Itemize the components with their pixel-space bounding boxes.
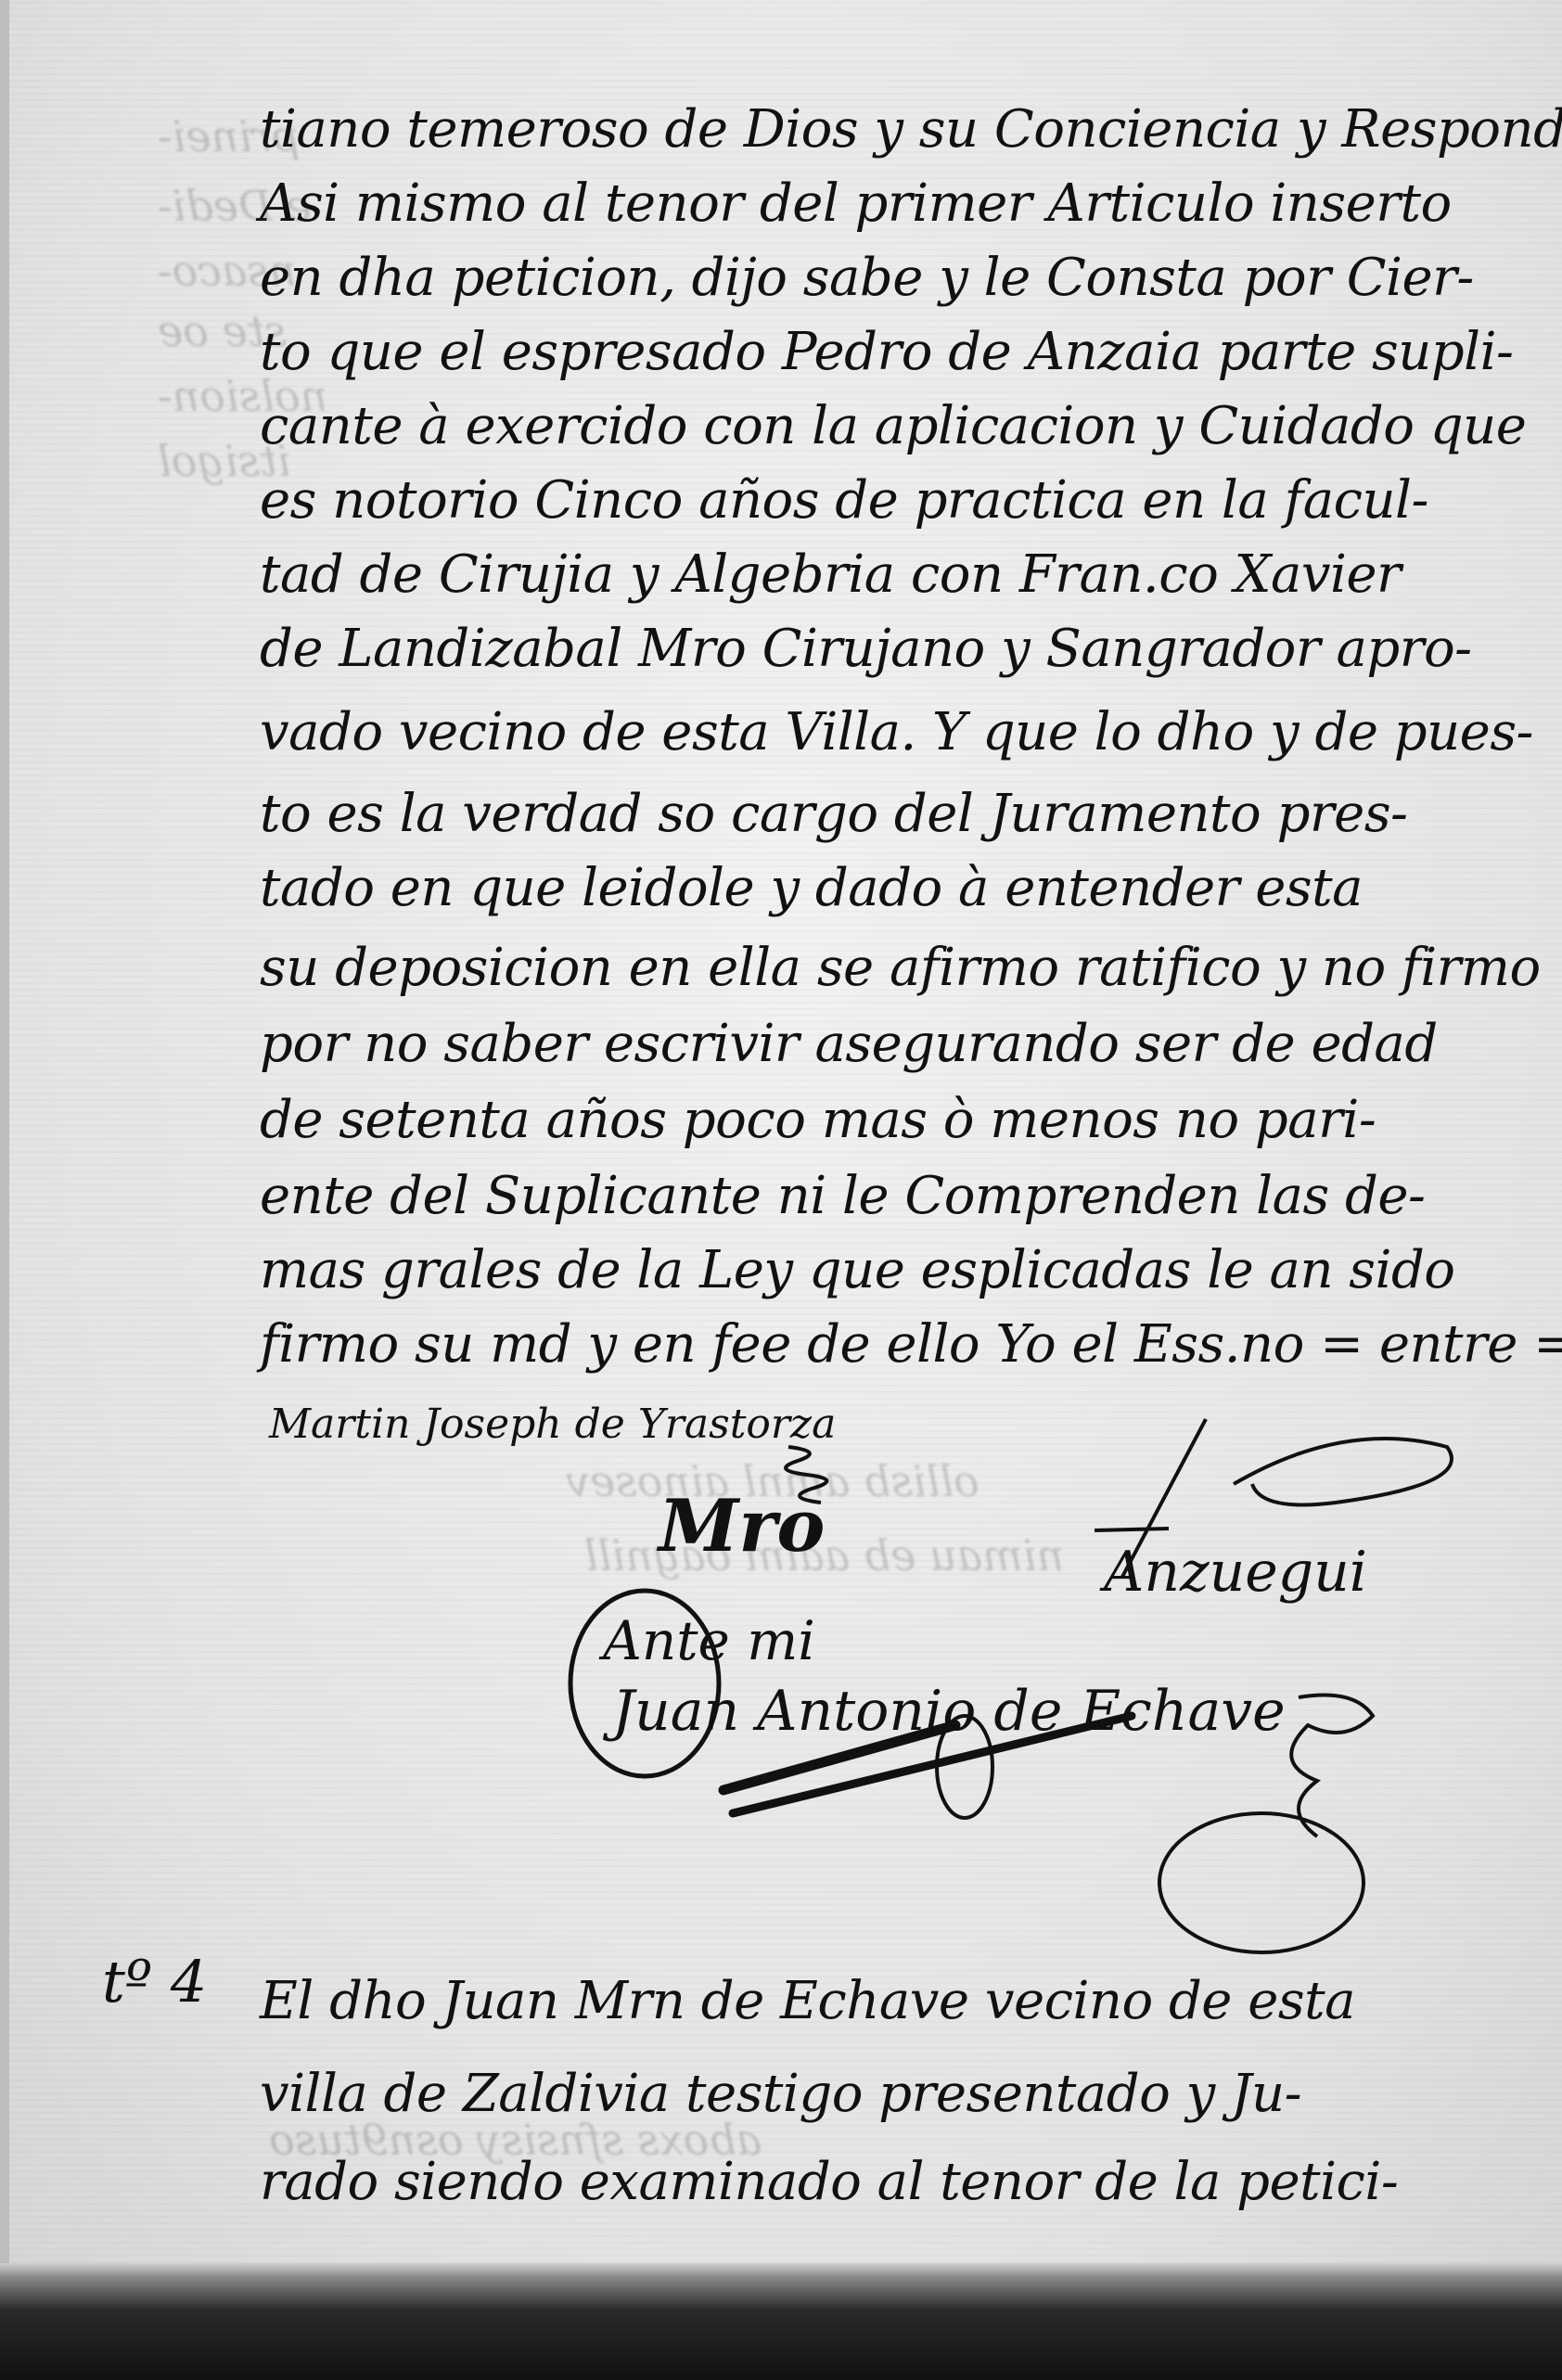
manuscript-line: villa de Zaldivia testigo presentado y J… (260, 2068, 1301, 2120)
notary-rubric-icon (557, 1577, 1484, 1966)
manuscript-line: de setenta años poco mas ò menos no pari… (260, 1094, 1376, 1146)
manuscript-line: El dho Juan Mrn de Echave vecino de esta (260, 1976, 1355, 2028)
signature-witness: Martin Joseph de Yrastorza (269, 1401, 836, 1448)
manuscript-line: vado vecino de esta Villa. Y que lo dho … (260, 707, 1533, 759)
manuscript-line: de Landizabal Mro Cirujano y Sangrador a… (260, 623, 1472, 675)
manuscript-line: en dha peticion, dijo sabe y le Consta p… (260, 252, 1474, 304)
manuscript-line: firmo su md y en fee de ello Yo el Ess.n… (260, 1319, 1562, 1371)
scan-bottom-edge (0, 2263, 1562, 2380)
manuscript-line: cante à exercido con la aplicacion y Cui… (260, 401, 1526, 453)
manuscript-line: Asi mismo al tenor del primer Articulo i… (260, 178, 1452, 230)
manuscript-line: ente del Suplicante ni le Comprenden las… (260, 1171, 1425, 1222)
manuscript-line: rado siendo examinado al tenor de la pet… (260, 2156, 1398, 2208)
manuscript-line: su deposicion en ella se afirmo ratifico… (260, 942, 1541, 994)
manuscript-line: es notorio Cinco años de practica en la … (260, 475, 1428, 527)
manuscript-line: to es la verdad so cargo del Juramento p… (260, 788, 1407, 840)
manuscript-line: tado en que leidole y dado à entender es… (260, 863, 1363, 915)
signature-loop-icon (1085, 1410, 1503, 1595)
manuscript-line: tad de Cirujia y Algebria con Fran.co Xa… (260, 549, 1401, 601)
margin-witness-number: tº 4 (102, 1948, 207, 2015)
manuscript-line: tiano temeroso de Dios y su Conciencia y… (260, 104, 1562, 156)
manuscript-line: to que el espresado Pedro de Anzaia part… (260, 326, 1513, 378)
manuscript-line: por no saber escrivir asegurando ser de … (260, 1018, 1438, 1070)
manuscript-page: prinei- e Dedi- nsaco- ste oe nolsion- i… (0, 0, 1562, 2263)
signature-mro: Mro (659, 1484, 825, 1568)
manuscript-line: mas grales de la Ley que esplicadas le a… (260, 1245, 1455, 1297)
